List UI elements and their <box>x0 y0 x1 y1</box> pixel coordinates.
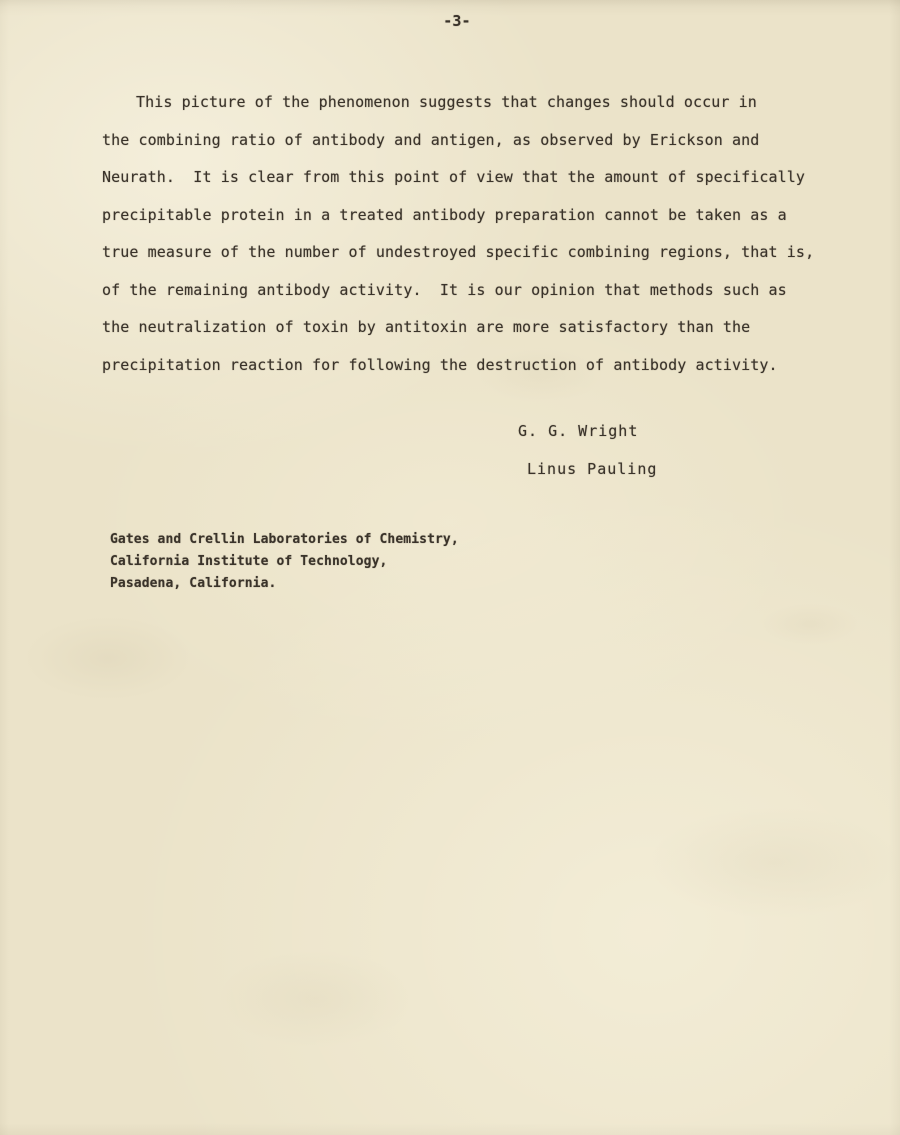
document-page: -3- This picture of the phenomenon sugge… <box>0 0 900 1135</box>
paragraph-line: Neurath. It is clear from this point of … <box>102 159 832 197</box>
paragraph-line: precipitation reaction for following the… <box>102 347 832 385</box>
address-line: California Institute of Technology, <box>110 551 459 573</box>
body-paragraph: This picture of the phenomenon suggests … <box>102 84 832 384</box>
paragraph-line: precipitable protein in a treated antibo… <box>102 197 832 235</box>
address-line: Gates and Crellin Laboratories of Chemis… <box>110 529 459 551</box>
signature-pauling: Linus Pauling <box>527 450 657 488</box>
paragraph-line: true measure of the number of undestroye… <box>102 234 832 272</box>
paragraph-line: This picture of the phenomenon suggests … <box>102 84 832 122</box>
address-line: Pasadena, California. <box>110 573 459 595</box>
signature-wright: G. G. Wright <box>518 412 657 450</box>
signature-block: G. G. Wright Linus Pauling <box>518 412 657 488</box>
paragraph-line: the combining ratio of antibody and anti… <box>102 122 832 160</box>
page-number: -3- <box>0 12 900 30</box>
paragraph-line: the neutralization of toxin by antitoxin… <box>102 309 832 347</box>
address-block: Gates and Crellin Laboratories of Chemis… <box>110 529 459 595</box>
paragraph-line: of the remaining antibody activity. It i… <box>102 272 832 310</box>
